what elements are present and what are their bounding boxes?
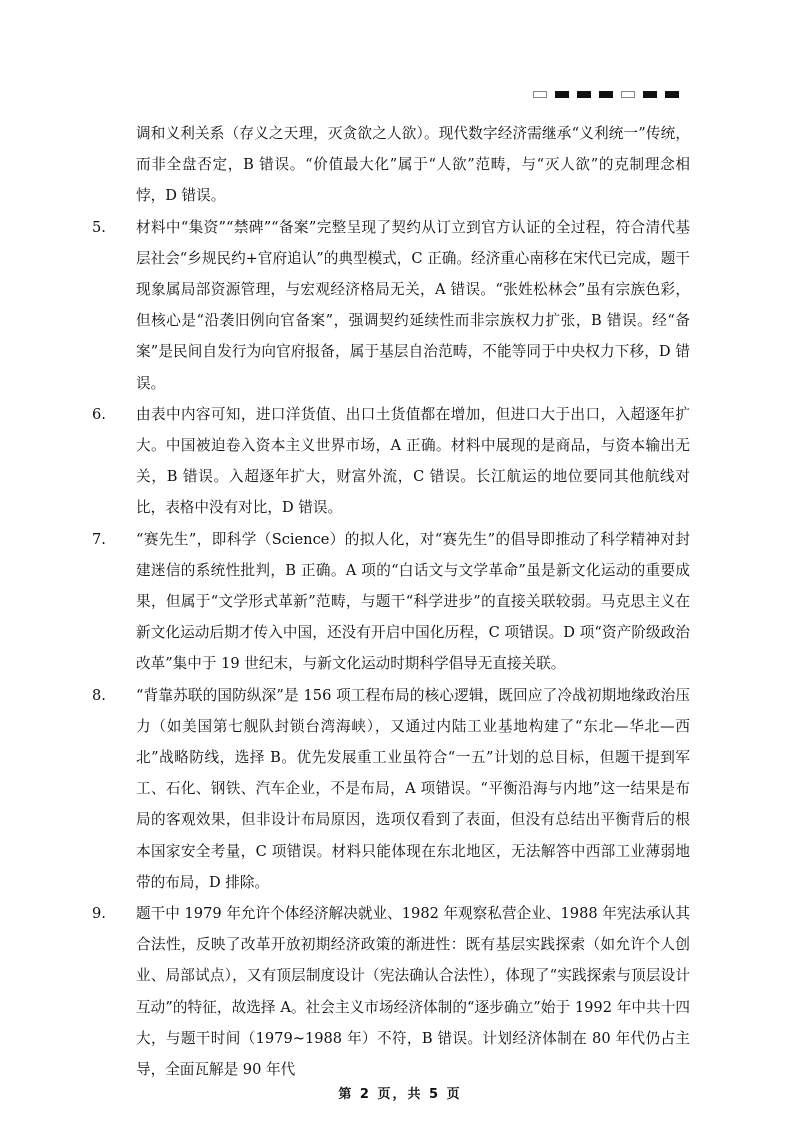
answer-number: 7. <box>92 524 106 555</box>
mark-square <box>555 91 569 98</box>
answer-text: 调和义利关系（存义之天理，灭贪欲之人欲）。现代数字经济需继承“义利统一”传统，而… <box>112 118 690 212</box>
mark-square <box>599 91 613 98</box>
answer-text: “赛先生”，即科学（Science）的拟人化，对“赛先生”的倡导即推动了科学精神… <box>112 524 690 680</box>
answer-item-8: 8. “背靠苏联的国防纵深”是 156 项工程布局的核心逻辑，既回应了冷战初期地… <box>112 680 690 898</box>
answer-number: 8. <box>92 680 106 711</box>
answer-text: 由表中内容可知，进口洋货值、出口土货值都在增加，但进口大于出口，入超逐年扩大。中… <box>112 399 690 524</box>
mark-square <box>621 91 635 98</box>
page-number: 第 2 页，共 5 页 <box>0 1083 800 1102</box>
answer-item-9: 9. 题干中 1979 年允许个体经济解决就业、1982 年观察私营企业、198… <box>112 898 690 1085</box>
mark-square <box>665 91 679 98</box>
answer-item-6: 6. 由表中内容可知，进口洋货值、出口土货值都在增加，但进口大于出口，入超逐年扩… <box>112 399 690 524</box>
answer-text: 题干中 1979 年允许个体经济解决就业、1982 年观察私营企业、1988 年… <box>112 898 690 1085</box>
answer-item-5: 5. 材料中“集资”“禁碑”“备案”完整呈现了契约从订立到官方认证的全过程，符合… <box>112 212 690 399</box>
mark-square <box>533 91 547 98</box>
answer-text: “背靠苏联的国防纵深”是 156 项工程布局的核心逻辑，既回应了冷战初期地缘政治… <box>112 680 690 898</box>
header-marks <box>533 91 679 98</box>
answer-item-continued: 调和义利关系（存义之天理，灭贪欲之人欲）。现代数字经济需继承“义利统一”传统，而… <box>112 118 690 212</box>
answer-number: 9. <box>92 898 106 929</box>
answer-explanations: 调和义利关系（存义之天理，灭贪欲之人欲）。现代数字经济需继承“义利统一”传统，而… <box>112 118 690 1085</box>
answer-text: 材料中“集资”“禁碑”“备案”完整呈现了契约从订立到官方认证的全过程，符合清代基… <box>112 212 690 399</box>
answer-number: 5. <box>92 212 106 243</box>
answer-item-7: 7. “赛先生”，即科学（Science）的拟人化，对“赛先生”的倡导即推动了科… <box>112 524 690 680</box>
answer-number: 6. <box>92 399 106 430</box>
mark-square <box>643 91 657 98</box>
mark-square <box>577 91 591 98</box>
